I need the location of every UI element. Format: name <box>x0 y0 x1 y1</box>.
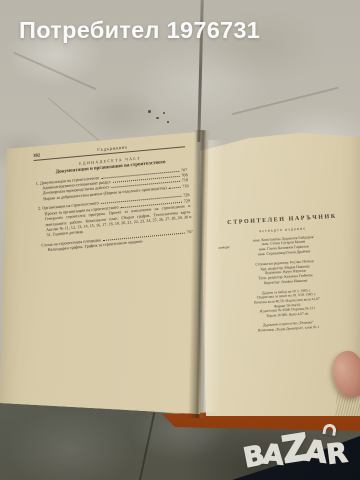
staff-block: Стопански редактор: Руслан Петков Худ. р… <box>216 256 355 289</box>
tile-seam <box>139 413 156 480</box>
marble-vein <box>231 87 338 115</box>
marble-vein <box>14 52 97 90</box>
authors-block: автори: инж. Константин Лудмилов Гайдаро… <box>214 232 353 260</box>
floor-speck <box>163 112 165 114</box>
listing-photo: 382 Съдържание ЕДИНАДЕСЕТА ЧАСТ Документ… <box>0 0 360 480</box>
watermark-letter: R <box>325 440 349 469</box>
floor-speck <box>148 110 151 113</box>
floor-speck <box>156 117 159 119</box>
bazar-watermark-logo: BAZAR <box>242 427 359 476</box>
table-of-contents: 382 Съдържание ЕДИНАДЕСЕТА ЧАСТ Документ… <box>33 139 193 253</box>
publisher-block: Държавно издателство „Техника“ Печатница… <box>219 318 357 336</box>
imprint-block: Дадена за набор на 10. I. 1965 г. Подпис… <box>217 285 356 321</box>
seller-username-overlay: Потребител 1976731 <box>19 17 260 44</box>
colophon: СТРОИТЕЛЕН НАРЪЧНИК четвърто издание авт… <box>213 213 358 336</box>
marble-vein <box>48 98 102 144</box>
toc-page: 718 <box>182 183 189 189</box>
floor-speck <box>167 121 169 123</box>
